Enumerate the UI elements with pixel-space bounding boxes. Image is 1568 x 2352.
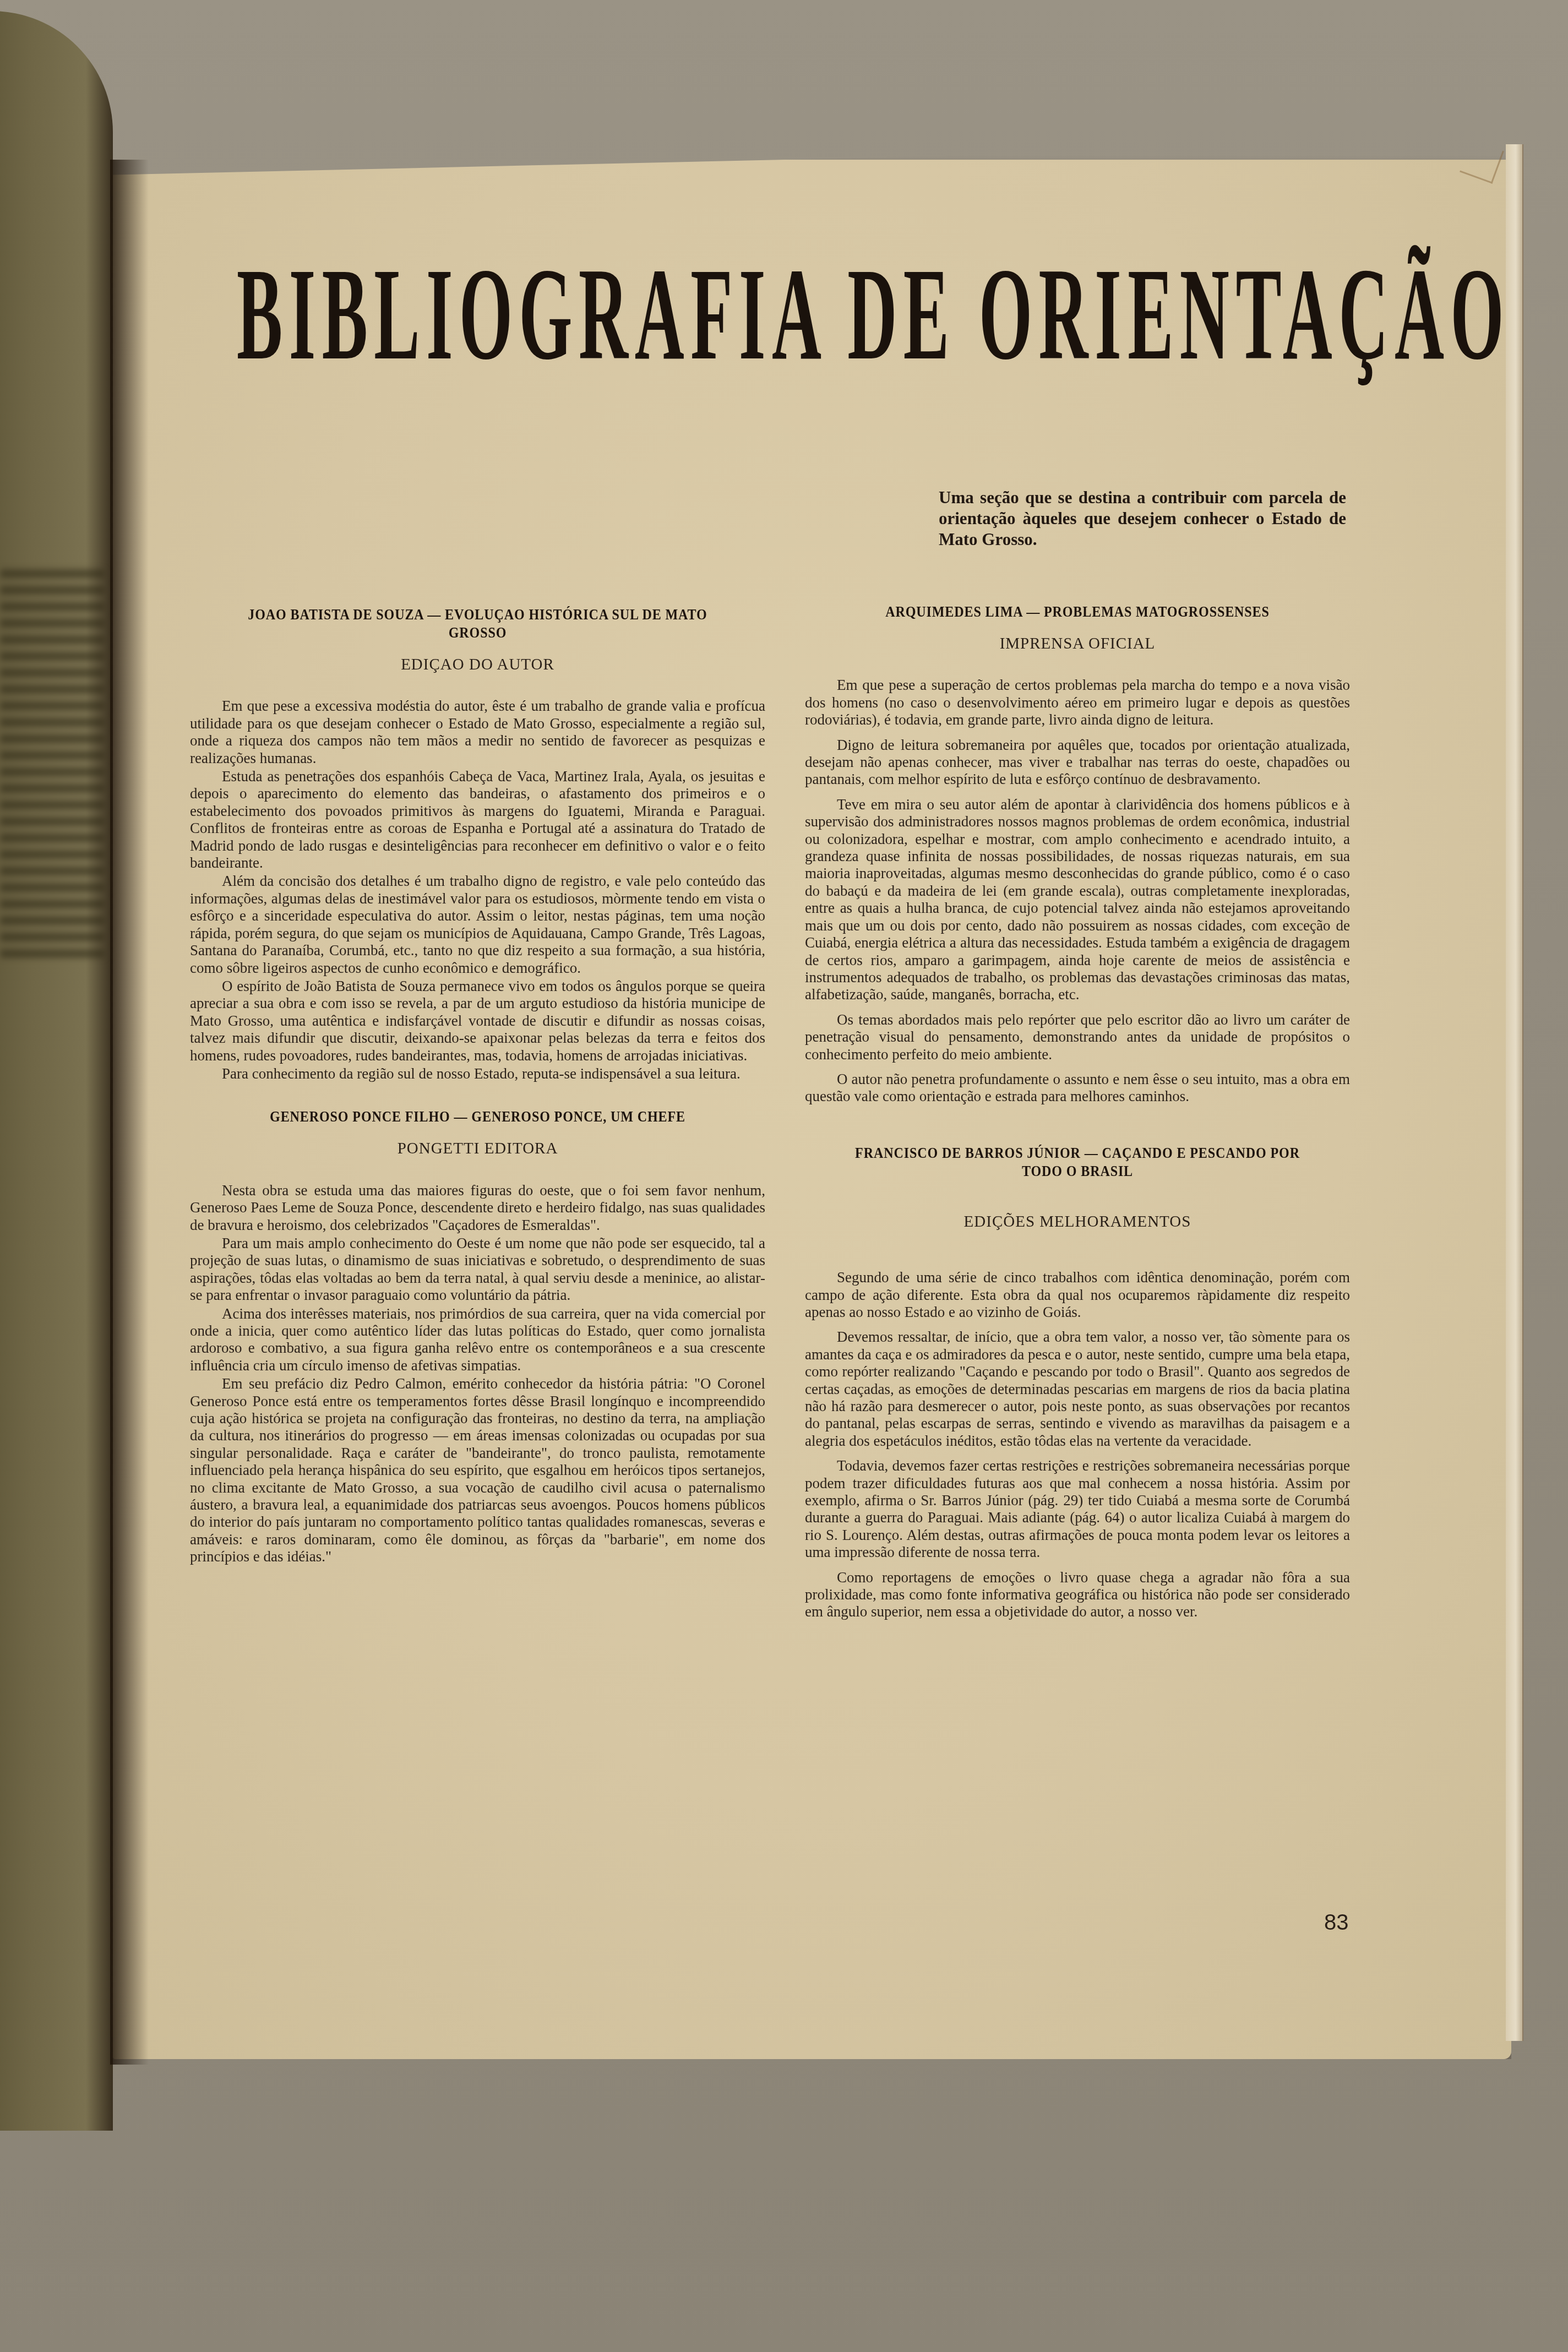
left-column: JOAO BATISTA DE SOUZA — EVOLUÇAO HISTÓRI… — [190, 606, 765, 1591]
paragraph: O espírito de João Batista de Souza perm… — [190, 978, 765, 1064]
entry-heading: JOAO BATISTA DE SOUZA — EVOLUÇAO HISTÓRI… — [230, 606, 725, 642]
entry-publisher: PONGETTI EDITORA — [190, 1140, 765, 1157]
facing-page-blurred-text — [0, 562, 105, 966]
gutter-shadow — [110, 160, 149, 2065]
entry-publisher: EDIÇÕES MELHORAMENTOS — [805, 1213, 1350, 1231]
entry-lima: ARQUIMEDES LIMA — PROBLEMAS MATOGROSSENS… — [805, 603, 1350, 1106]
paragraph: Em que pese a superação de certos proble… — [805, 677, 1350, 728]
paragraph: Estuda as penetrações dos espanhóis Cabe… — [190, 768, 765, 872]
page-number: 83 — [1324, 1910, 1349, 1935]
right-column: ARQUIMEDES LIMA — PROBLEMAS MATOGROSSENS… — [805, 603, 1350, 1646]
page-stack-edge — [1506, 144, 1523, 2041]
section-intro: Uma seção que se destina a contribuir co… — [939, 487, 1346, 550]
paragraph: Além da concisão dos detalhes é um traba… — [190, 873, 765, 976]
entry-barros: FRANCISCO DE BARROS JÚNIOR — CAÇANDO E P… — [805, 1144, 1350, 1621]
paragraph: Devemos ressaltar, de início, que a obra… — [805, 1329, 1350, 1450]
paragraph: Os temas abordados mais pelo repórter qu… — [805, 1011, 1350, 1063]
paragraph: Teve em mira o seu autor além de apontar… — [805, 796, 1350, 1004]
entry-heading: GENEROSO PONCE FILHO — GENEROSO PONCE, U… — [230, 1108, 725, 1126]
entry-heading: ARQUIMEDES LIMA — PROBLEMAS MATOGROSSENS… — [843, 603, 1311, 621]
paragraph: Acima dos interêsses materiais, nos prim… — [190, 1305, 765, 1375]
paragraph: Como reportagens de emoções o livro quas… — [805, 1569, 1350, 1621]
entry-heading: FRANCISCO DE BARROS JÚNIOR — CAÇANDO E P… — [843, 1144, 1311, 1180]
paragraph: Nesta obra se estuda uma das maiores fig… — [190, 1182, 765, 1234]
entry-ponce: GENEROSO PONCE FILHO — GENEROSO PONCE, U… — [190, 1108, 765, 1565]
paragraph: O autor não penetra profundamente o assu… — [805, 1071, 1350, 1106]
facing-page — [0, 11, 113, 2131]
paragraph: Segundo de uma série de cinco trabalhos … — [805, 1269, 1350, 1321]
paragraph: Todavia, devemos fazer certas restrições… — [805, 1457, 1350, 1561]
paragraph: Para um mais amplo conhecimento do Oeste… — [190, 1235, 765, 1304]
entry-publisher: IMPRENSA OFICIAL — [805, 635, 1350, 652]
entry-publisher: EDIÇAO DO AUTOR — [190, 656, 765, 673]
page-title: BIBLIOGRAFIA DE ORIENTAÇÃO — [237, 259, 1313, 369]
paragraph: Em que pese a excessiva modéstia do auto… — [190, 698, 765, 767]
entry-souza: JOAO BATISTA DE SOUZA — EVOLUÇAO HISTÓRI… — [190, 606, 765, 1082]
paragraph: Digno de leitura sobremaneira por aquêle… — [805, 737, 1350, 788]
paragraph: Em seu prefácio diz Pedro Calmon, emérit… — [190, 1375, 765, 1565]
paragraph: Para conhecimento da região sul de nosso… — [190, 1065, 765, 1082]
